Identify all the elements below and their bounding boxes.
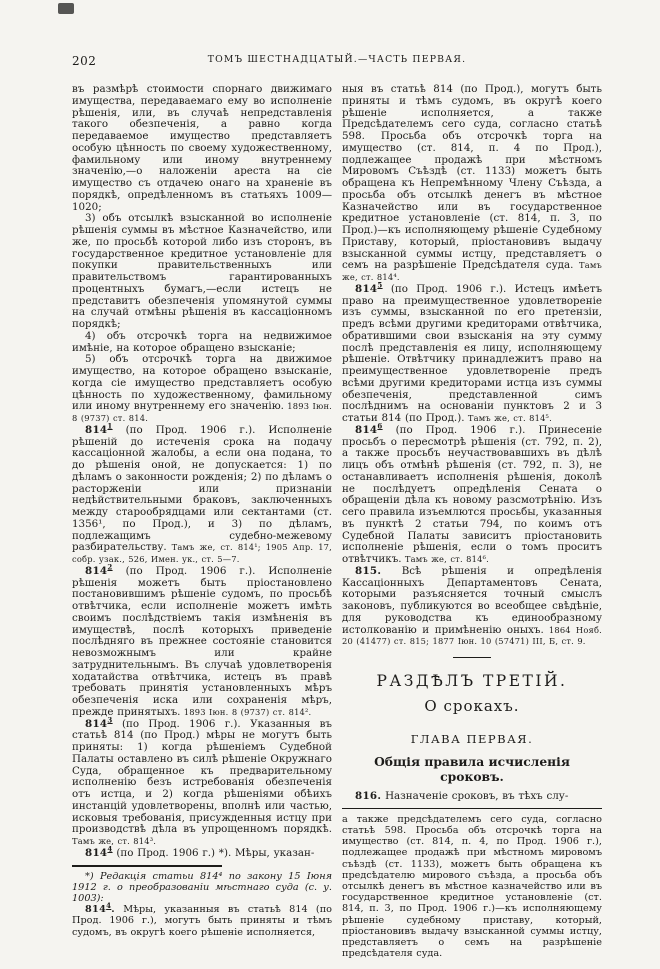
chapter-title: ГЛАВА ПЕРВАЯ. bbox=[342, 732, 602, 746]
right-column-footnote: а также предсѣдателемъ сего суда, соглас… bbox=[342, 814, 602, 960]
article-number: 816. bbox=[355, 790, 381, 802]
paragraph: 8144 (по Прод. 1906 г.) *). Мѣры, указан… bbox=[72, 848, 332, 860]
source-citation: 1893 Іюн. 8 (9737) ст. 814². bbox=[180, 707, 311, 717]
article-number: 8143 bbox=[85, 718, 113, 730]
scanned-book-page: { "page": { "number": "202", "running_ti… bbox=[0, 0, 660, 969]
paragraph: ныя въ статьѣ 814 (по Прод.), могутъ быт… bbox=[342, 84, 602, 284]
paragraph: 815. Всѣ рѣшенія и опредѣленія Кассаціон… bbox=[342, 566, 602, 648]
footnote-rule-right bbox=[342, 808, 602, 809]
article-number: 8144 bbox=[85, 847, 113, 859]
paragraph: въ размѣрѣ стоимости спорнаго движимаго … bbox=[72, 84, 332, 213]
paragraph: 4) объ отсрочкѣ торга на недвижимое имѣн… bbox=[72, 331, 332, 355]
paragraph: 8146 (по Прод. 1906 г.). Принесеніе прос… bbox=[342, 425, 602, 566]
paragraph: 816. Назначеніе сроковъ, въ тѣхъ слу- bbox=[342, 791, 602, 803]
paragraph: 3) объ отсылкѣ взысканной во исполненіе … bbox=[72, 213, 332, 331]
section-divider-rule bbox=[453, 657, 491, 658]
footnote-rule-left bbox=[72, 865, 222, 867]
source-citation: Тамъ же, ст. 814⁶. bbox=[402, 554, 489, 564]
paragraph: 8145 (по Прод. 1906 г.). Истецъ имѣетъ п… bbox=[342, 284, 602, 425]
right-column: ныя въ статьѣ 814 (по Прод.), могутъ быт… bbox=[342, 84, 602, 959]
source-citation: Тамъ же, ст. 814¹; 1905 Апр. 17, собр. у… bbox=[72, 542, 332, 564]
right-column-after-section: 816. Назначеніе сроковъ, въ тѣхъ слу- bbox=[342, 791, 602, 803]
scan-artifact bbox=[58, 3, 74, 14]
page-header: 202 ТОМЪ ШЕСТНАДЦАТЫЙ.—ЧАСТЬ ПЕРВАЯ. bbox=[72, 54, 602, 68]
paragraph: а также предсѣдателемъ сего суда, соглас… bbox=[342, 814, 602, 960]
source-citation: 1893 Іюн. 8 (9737) ст. 814. bbox=[72, 401, 332, 423]
section-subtitle: О срокахъ. bbox=[342, 697, 602, 715]
paragraph: 8141 (по Прод. 1906 г.). Исполненіе рѣше… bbox=[72, 425, 332, 566]
source-citation: Тамъ же, ст. 814⁴. bbox=[342, 260, 602, 282]
paragraph: 8143 (по Прод. 1906 г.). Указанныя въ ст… bbox=[72, 719, 332, 848]
paragraph: *) Редакція статьи 814⁴ по закону 15 Іюн… bbox=[72, 871, 332, 905]
two-column-text: въ размѣрѣ стоимости спорнаго движимаго … bbox=[72, 84, 602, 959]
article-number: 8141 bbox=[85, 424, 113, 436]
left-column: въ размѣрѣ стоимости спорнаго движимаго … bbox=[72, 84, 332, 959]
article-number: 8142 bbox=[85, 565, 113, 577]
article-number: 8145 bbox=[355, 283, 383, 295]
paragraph: 8144. Мѣры, указанныя въ статьѣ 814 (по … bbox=[72, 904, 332, 938]
right-column-body: ныя въ статьѣ 814 (по Прод.), могутъ быт… bbox=[342, 84, 602, 648]
paragraph: 5) объ отсрочкѣ торга на движимое имущес… bbox=[72, 354, 332, 425]
article-number: 8144. bbox=[85, 904, 115, 915]
left-column-body: въ размѣрѣ стоимости спорнаго движимаго … bbox=[72, 84, 332, 860]
left-column-footnote: *) Редакція статьи 814⁴ по закону 15 Іюн… bbox=[72, 871, 332, 938]
book-page: 202 ТОМЪ ШЕСТНАДЦАТЫЙ.—ЧАСТЬ ПЕРВАЯ. въ … bbox=[0, 54, 660, 959]
source-citation: 1864 Нояб. 20 (41477) ст. 815; 1877 Іюн.… bbox=[342, 625, 602, 647]
source-citation: Тамъ же, ст. 814⁵. bbox=[465, 413, 552, 423]
paragraph: 8142 (по Прод. 1906 г.). Исполненіе рѣше… bbox=[72, 566, 332, 719]
article-number: 8146 bbox=[355, 424, 383, 436]
running-title: ТОМЪ ШЕСТНАДЦАТЫЙ.—ЧАСТЬ ПЕРВАЯ. bbox=[72, 54, 602, 65]
section-title: РАЗДѢЛЪ ТРЕТІЙ. bbox=[342, 672, 602, 690]
article-number: 815. bbox=[355, 565, 381, 577]
source-citation: Тамъ же, ст. 814³. bbox=[72, 836, 156, 846]
chapter-subtitle: Общія правила исчисленія сроковъ. bbox=[342, 754, 602, 784]
